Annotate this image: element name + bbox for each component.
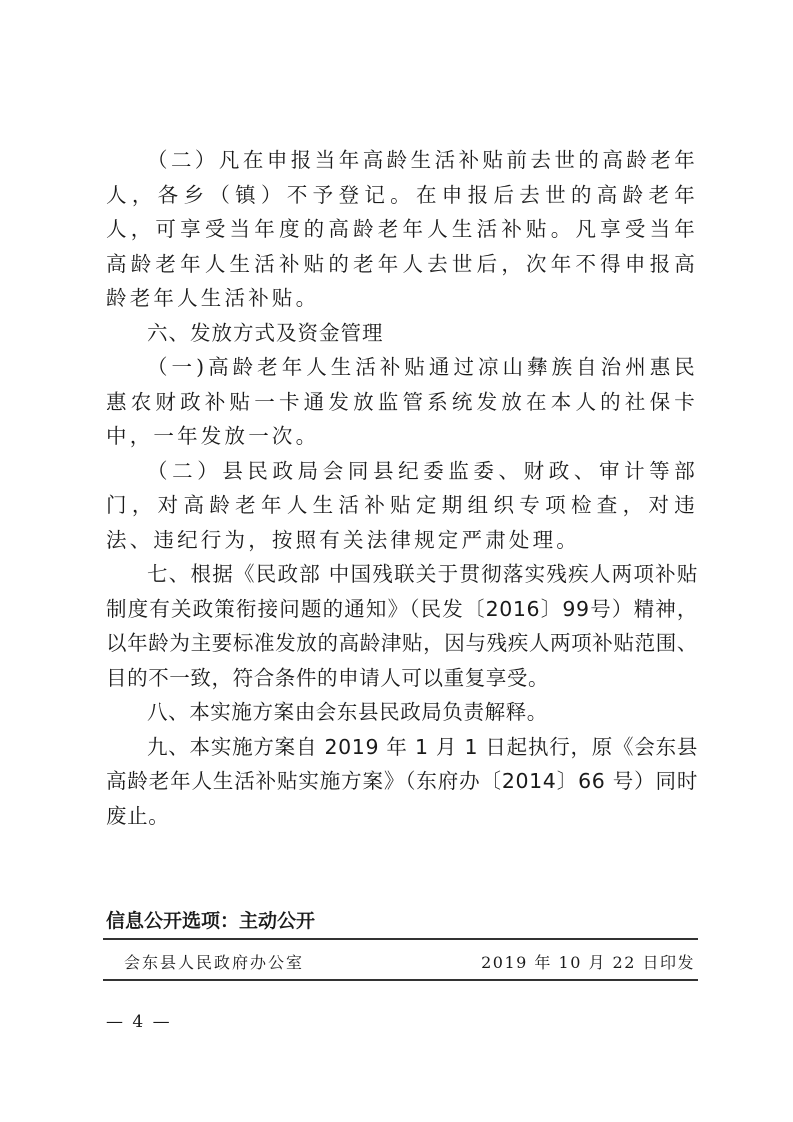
paragraph-section-eight: 八、本实施方案由会东县民政局负责解释。: [106, 695, 698, 730]
paragraph-inspection: （二）县民政局会同县纪委监委、财政、审计等部门，对高龄老年人生活补贴定期组织专项…: [106, 454, 698, 558]
paragraph-distribution-method: （一)高龄老年人生活补贴通过凉山彝族自治州惠民惠农财政补贴一卡通发放监管系统发放…: [106, 350, 698, 454]
document-body: （二）凡在申报当年高龄生活补贴前去世的高龄老年人，各乡（镇）不予登记。在申报后去…: [106, 143, 698, 833]
paragraph-section-seven: 七、根据《民政部 中国残联关于贯彻落实残疾人两项补贴制度有关政策衔接问题的通知》…: [106, 557, 698, 695]
issue-date: 2019 年 10 月 22 日印发: [481, 950, 695, 973]
paragraph-death-rule: （二）凡在申报当年高龄生活补贴前去世的高龄老年人，各乡（镇）不予登记。在申报后去…: [106, 143, 698, 316]
disclosure-label: 信息公开选项：主动公开: [106, 906, 315, 933]
section-heading-distribution: 六、发放方式及资金管理: [106, 316, 698, 351]
footer-rule-bottom: [103, 979, 698, 981]
document-page: （二）凡在申报当年高龄生活补贴前去世的高龄老年人，各乡（镇）不予登记。在申报后去…: [0, 0, 793, 1122]
paragraph-section-nine: 九、本实施方案自 2019 年 1 月 1 日起执行，原《会东县高龄老年人生活补…: [106, 730, 698, 834]
page-number: — 4 —: [106, 1012, 172, 1032]
issuer: 会东县人民政府办公室: [124, 950, 304, 973]
footer-rule-top: [103, 938, 698, 940]
